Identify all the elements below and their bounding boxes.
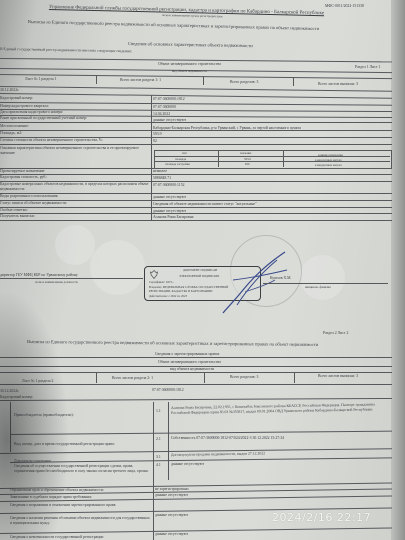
signer-position: директор ГБУ МФЦ КБР по Урванскому район…	[0, 273, 78, 278]
section2-total-sections: Всего разделов: 3	[230, 375, 258, 380]
row-border	[154, 156, 390, 157]
right-value: данные отсутствуют	[171, 462, 204, 467]
row-border	[0, 130, 392, 131]
row-label: Кадастровые номера иных объектов недвижи…	[0, 182, 150, 192]
row-border	[0, 213, 392, 214]
section2-total-sheets-section: Всего листов раздела 2: 1	[112, 376, 153, 381]
divider	[96, 75, 97, 84]
row-label: Ранее присвоенный государственный учетны…	[0, 116, 87, 121]
row-label: Кадастровый номер:	[0, 96, 33, 101]
row-border	[0, 122, 392, 123]
row-border	[0, 174, 392, 175]
section2-label: Раздел 2 Лист 2	[323, 331, 348, 336]
row-label: Местоположение:	[0, 124, 29, 129]
right-num: 1.1	[156, 409, 161, 414]
row-label: Основная характеристика объекта незаверш…	[0, 146, 150, 156]
object-type-caption: вид объекта недвижимости	[172, 69, 207, 74]
row-border	[0, 168, 392, 169]
row-value: 07:07:3600000:1152	[153, 183, 185, 188]
right-num: 4.1	[156, 463, 161, 468]
char-header-value: значение	[240, 151, 251, 156]
row-label: Статус записи об объекте недвижимости:	[0, 201, 67, 206]
watermark-circle	[55, 225, 95, 265]
divider	[294, 373, 295, 383]
row-border	[0, 220, 392, 221]
position-caption: полное наименование должности	[35, 280, 78, 285]
char-value: 650	[245, 162, 250, 167]
total-sections: Всего разделов: 3	[230, 80, 258, 85]
char-header-type: тип	[182, 151, 187, 156]
row-label: Площадь, м2:	[0, 131, 22, 136]
page-edge-shadow	[391, 0, 405, 540]
section2-object-type: Объект незавершенного строительства	[158, 360, 221, 365]
row-value: 07:07:3600000:1812	[153, 97, 185, 102]
row-border	[0, 144, 392, 145]
watermark-circle	[90, 240, 145, 295]
right-num: 2.1	[156, 437, 161, 442]
right-value: данные отсутствуют	[155, 513, 188, 518]
divider	[203, 76, 204, 85]
row-label: Кадастровая стоимость, руб.:	[0, 175, 47, 180]
stamp-line: Действителен: с 2022 по 2023	[149, 294, 187, 299]
photo-shadow	[0, 290, 70, 540]
char-type: площадь застройки	[165, 162, 190, 167]
total-sheets: Всего листов выписки: 3	[318, 82, 358, 87]
divider	[293, 77, 294, 86]
row-border	[0, 207, 392, 208]
stamp-subtitle: ЭЛЕКТРОННОЙ ПОДПИСЬЮ	[179, 274, 219, 279]
object-type: Объект незавершенного строительства	[158, 62, 221, 67]
divider	[96, 373, 97, 383]
signer-name: Кушхов Х.М.	[270, 276, 291, 281]
photo-timestamp: 2024/2/16 22:17	[272, 511, 371, 524]
row-label: Степень готовности объекта незавершенног…	[0, 138, 103, 143]
section-label: Раздел 1 Лист 1	[355, 65, 380, 70]
column-divider	[168, 402, 169, 480]
right-value: данные отсутствуют	[155, 493, 188, 498]
section2-cad-value: 07:07:3600000:1812	[152, 388, 184, 393]
row-border	[0, 193, 392, 194]
watermark-circle	[300, 255, 345, 300]
stamp-title: ДОКУМЕНТ ПОДПИСАН	[183, 268, 217, 273]
emblem-icon	[150, 270, 158, 279]
sheet-number: Лист № 1 раздела 1	[25, 77, 56, 82]
section2-total-sheets: Всего листов выписки: 3	[318, 374, 358, 379]
row-label: Получатель выписки:	[0, 214, 35, 219]
right-value: Собственность 07:07:3600000:1812-07/024/…	[171, 436, 291, 441]
divider	[204, 373, 205, 383]
column-divider	[153, 402, 154, 540]
right-value: данные отсутствуют	[155, 532, 188, 537]
row-label: Виды разрешенного использования:	[0, 194, 58, 199]
name-caption: инициалы, фамилия	[305, 285, 331, 290]
divider	[218, 150, 219, 167]
total-sheets-section: Всего листов раздела 1: 1	[120, 78, 161, 83]
name-line	[263, 283, 388, 284]
divider	[283, 150, 284, 167]
signature-line	[0, 278, 143, 279]
column-divider	[151, 95, 152, 220]
doc-number: МФС-0011/2022-151338	[325, 4, 364, 9]
